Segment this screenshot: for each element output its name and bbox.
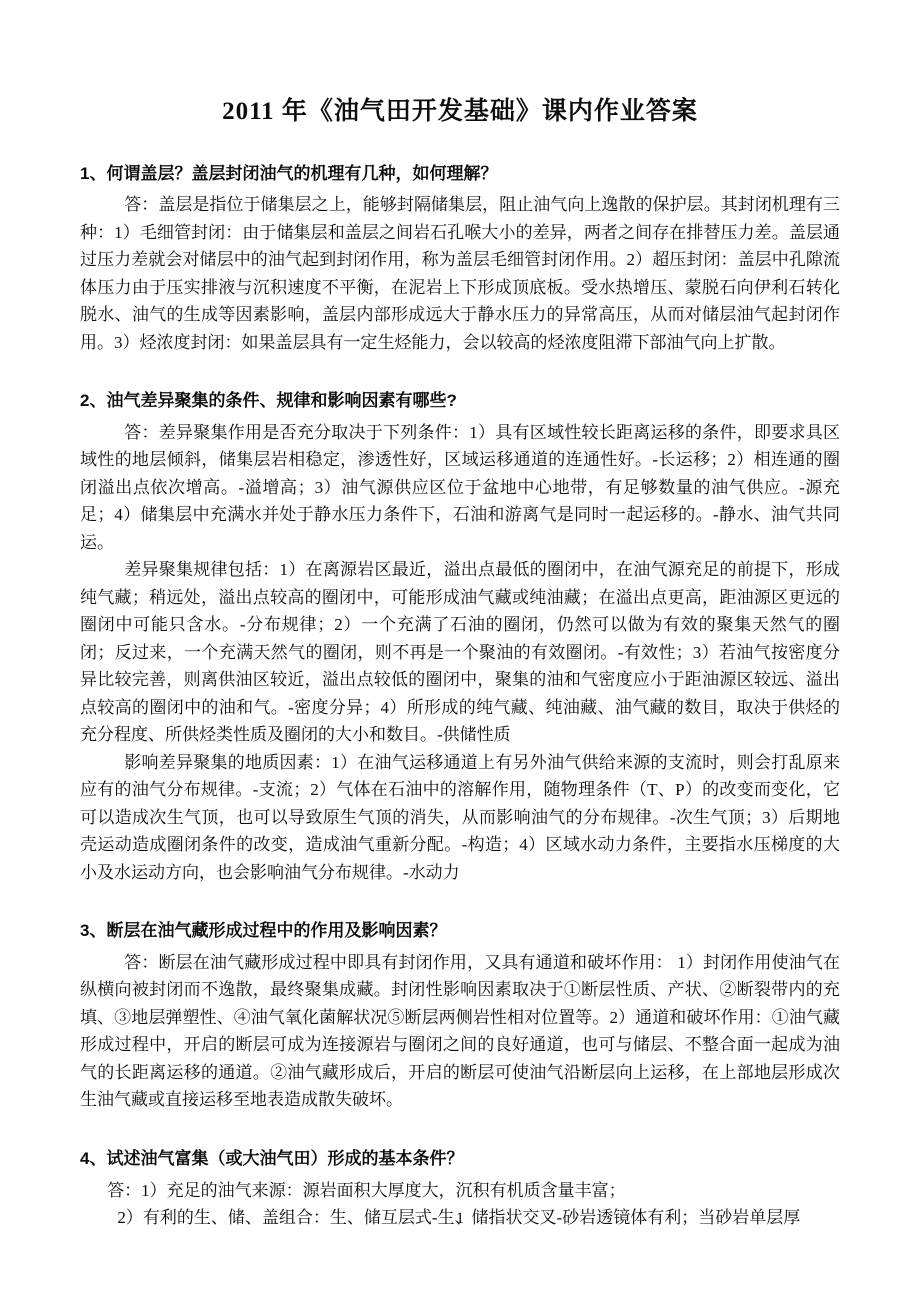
document-title: 2011 年《油气田开发基础》课内作业答案 (80, 96, 840, 129)
question-2-heading: 2、油气差异聚集的条件、规律和影响因素有哪些? (80, 389, 840, 414)
question-block-3: 3、断层在油气藏形成过程中的作用及影响因素？ 答：断层在油气藏形成过程中即具有封… (80, 919, 840, 1114)
question-3-answer-paragraph-1: 答：断层在油气藏形成过程中即具有封闭作用，又具有通道和破坏作用： 1）封闭作用使… (80, 949, 840, 1114)
question-3-heading: 3、断层在油气藏形成过程中的作用及影响因素？ (80, 919, 840, 944)
question-1-heading: 1、何谓盖层？盖层封闭油气的机理有几种，如何理解？ (80, 162, 840, 187)
question-block-1: 1、何谓盖层？盖层封闭油气的机理有几种，如何理解？ 答：盖层是指位于储集层之上，… (80, 162, 840, 357)
question-4-answer-paragraph-1: 答：1）充足的油气来源：源岩面积大厚度大，沉积有机质含量丰富； (80, 1177, 840, 1205)
document-page: 2011 年《油气田开发基础》课内作业答案 1、何谓盖层？盖层封闭油气的机理有几… (0, 0, 920, 1302)
question-1-answer-paragraph-1: 答：盖层是指位于储集层之上，能够封隔储集层，阻止油气向上逸散的保护层。其封闭机理… (80, 191, 840, 356)
question-2-answer-paragraph-3: 影响差异聚集的地质因素：1）在油气运移通道上有另外油气供给来源的支流时，则会打乱… (80, 749, 840, 887)
question-2-answer-paragraph-2: 差异聚集规律包括：1）在离源岩区最近，溢出点最低的圈闭中，在油气源充足的前提下，… (80, 556, 840, 749)
question-block-2: 2、油气差异聚集的条件、规律和影响因素有哪些? 答：差异聚集作用是否充分取决于下… (80, 389, 840, 886)
question-4-heading: 4、试述油气富集（或大油气田）形成的基本条件？ (80, 1147, 840, 1172)
question-2-answer-paragraph-1: 答：差异聚集作用是否充分取决于下列条件：1）具有区域性较长距离运移的条件，即要求… (80, 419, 840, 557)
page-number: 1 (0, 1210, 920, 1228)
